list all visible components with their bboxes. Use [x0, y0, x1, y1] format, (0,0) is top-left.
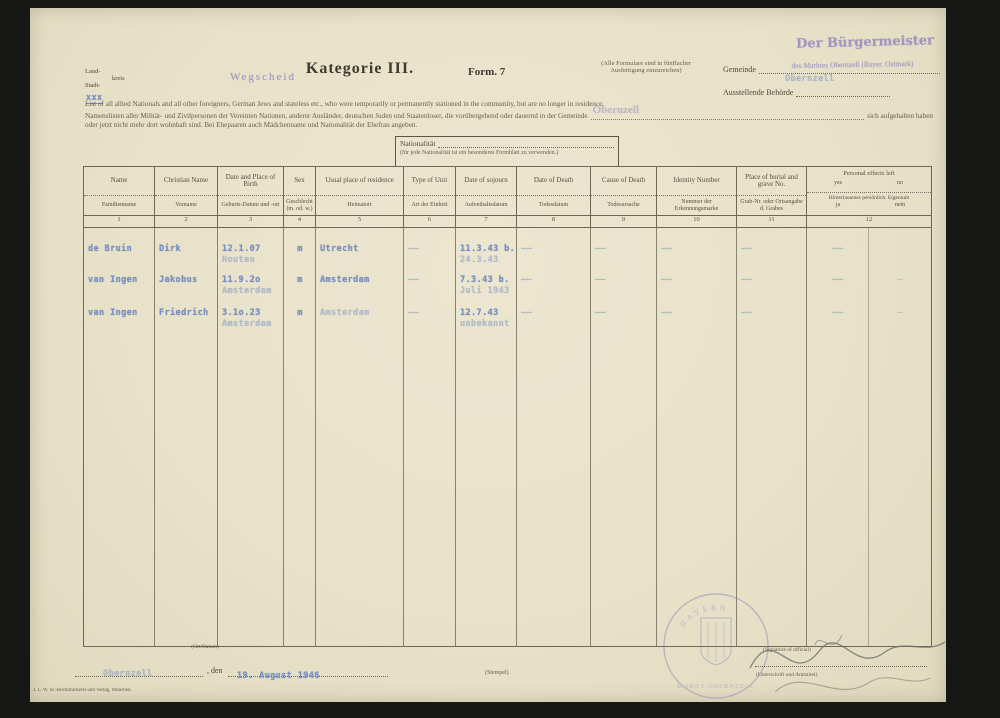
intro-gemeinde-stamp: Obernzell — [593, 104, 639, 116]
copies-note-line2: Ausfertigung einzureichen) — [581, 67, 711, 74]
cell-unit: ―― — [404, 275, 456, 297]
col-sex-de: Geschlecht (m. od. w.) — [284, 196, 315, 215]
cell-residence: Utrecht — [316, 244, 404, 266]
colnum-6: 6 — [404, 216, 456, 227]
cell-sojourn1: 12.7.43 — [460, 308, 499, 318]
table-row: van Ingen Friedrich 3.1o.23Amsterdam m A… — [84, 308, 931, 330]
col-firstname-en: Christian Name — [155, 167, 217, 196]
cell-cause: ―― — [591, 244, 657, 266]
cell-residence: Amsterdam — [316, 275, 404, 297]
intro-english: List of all allied Nationals and all oth… — [85, 100, 933, 108]
cell-burial: ―― — [737, 244, 807, 266]
cell-residence: Amsterdam — [316, 308, 404, 330]
date-typed: 19. August 1946 — [237, 671, 320, 681]
nationality-label: Nationalität — [400, 139, 435, 148]
intro-german-lead: Namenslisten aller Militär- und Zivilper… — [85, 112, 588, 120]
cell-cause: ―― — [591, 308, 657, 330]
table-number-row: 1 2 3 4 5 6 7 8 9 10 11 12 — [84, 215, 931, 227]
col-name-de: Familienname — [84, 196, 154, 215]
col-identity-en: Identity Number — [657, 167, 736, 196]
cell-family: van Ingen — [84, 308, 155, 330]
col-cause-de: Todesursache — [591, 196, 656, 215]
intro-german-tail: sich aufgehalten haben — [867, 112, 933, 120]
cell-unit: ―― — [404, 308, 456, 330]
cell-effects-yes: ―― — [807, 308, 869, 330]
ort-datum-label: (Ort/Datum) — [160, 644, 250, 651]
cell-first: Friedrich — [155, 308, 218, 330]
table-header-row: NameFamilienname Christian NameVorname D… — [84, 167, 931, 215]
col-name-en: Name — [84, 167, 154, 196]
form-number: Form. 7 — [468, 66, 505, 78]
colnum-4: 4 — [284, 216, 316, 227]
colnum-11: 11 — [737, 216, 807, 227]
col-birth-de: Geburts-Datum und -ort — [218, 196, 283, 215]
cell-sex: m — [284, 275, 316, 297]
cell-birth-date: 11.9.2o — [222, 275, 261, 285]
col-cause-en: Cause of Death — [591, 167, 656, 196]
mayor-stamp-line1: Der Bürgermeister — [765, 32, 965, 52]
cell-effects-no: – — [869, 275, 931, 297]
printer-imprint: J. L. W. St.-Buchdruckerei und Verlag, M… — [33, 687, 132, 694]
cell-identity: ―― — [657, 275, 737, 297]
col-death-en: Date of Death — [517, 167, 590, 196]
cell-burial: ―― — [737, 275, 807, 297]
col-unit-de: Art der Einheit — [404, 196, 455, 215]
behoerde-blank-line — [796, 87, 890, 97]
col-burial-de: Grab-Nr. oder Ortsangabe d. Grabes — [737, 196, 806, 215]
cell-first: Dirk — [155, 244, 218, 266]
colnum-1: 1 — [84, 216, 155, 227]
cell-sojourn1: 7.3.43 b. — [460, 275, 510, 285]
cell-sex: m — [284, 244, 316, 266]
cell-birth-place: Amsterdam — [222, 286, 284, 297]
cell-cause: ―― — [591, 275, 657, 297]
cell-birth-place: Amsterdam — [222, 319, 284, 330]
col-identity-de: Nummer der Erkennungsmarke — [657, 196, 736, 215]
col-burial-en: Place of burial and grave No. — [737, 167, 806, 196]
place-typed: Obernzell — [103, 669, 153, 679]
cell-identity: ―― — [657, 244, 737, 266]
cell-family: de Bruin — [84, 244, 155, 266]
col-sex-en: Sex — [284, 167, 315, 196]
cell-birth-place: Houten — [222, 255, 284, 266]
cell-first: Jakobus — [155, 275, 218, 297]
kreis-label: kreis — [112, 75, 125, 82]
cell-death: ―― — [517, 244, 591, 266]
stadt-label: Stadt- — [85, 82, 101, 89]
col-effects-en: Personal effects left — [807, 167, 931, 180]
table-row: van Ingen Jakobus 11.9.2oAmsterdam m Ams… — [84, 275, 931, 297]
colnum-2: 2 — [155, 216, 218, 227]
behoerde-label: Ausstellende Behörde — [723, 88, 793, 97]
col-death-de: Todesdatum — [517, 196, 590, 215]
cell-burial: ―― — [737, 308, 807, 330]
intro-german-line2: oder jetzt nicht mehr dort wohnhaft sind… — [85, 121, 933, 129]
cell-birth-date: 12.1.07 — [222, 244, 261, 254]
cell-sex: m — [284, 308, 316, 330]
cell-effects-yes: ―― — [807, 275, 869, 297]
cell-effects-no — [869, 244, 931, 266]
col-effects-de: Hinterlassenes persönlich. Eigentum — [807, 193, 931, 202]
colnum-9: 9 — [591, 216, 657, 227]
cell-identity: ―― — [657, 308, 737, 330]
colnum-10: 10 — [657, 216, 737, 227]
col-effects: Personal effects left yesno Hinterlassen… — [807, 167, 931, 215]
cell-death: ―― — [517, 308, 591, 330]
col-residence-de: Heimatort — [316, 196, 403, 215]
copies-note-line1: (Alle Formulare sind in fünffacher — [581, 60, 711, 67]
colnum-12: 12 — [807, 216, 931, 227]
nationality-note: (für jede Nationalität ist ein besondere… — [400, 150, 614, 157]
col-sojourn-de: Aufenthaltsdatum — [456, 196, 516, 215]
colnum-5: 5 — [316, 216, 404, 227]
cell-death: ―― — [517, 275, 591, 297]
col-unit-en: Type of Unit — [404, 167, 455, 196]
persons-table: NameFamilienname Christian NameVorname D… — [83, 166, 932, 647]
colnum-3: 3 — [218, 216, 284, 227]
col-effects-ja: ja — [807, 202, 869, 210]
cell-effects-yes: ―― — [807, 244, 869, 266]
table-body: de Bruin Dirk 12.1.07Houten m Utrecht ――… — [84, 227, 931, 646]
cell-effects-no: – — [869, 308, 931, 330]
col-firstname-de: Vorname — [155, 196, 217, 215]
table-row: de Bruin Dirk 12.1.07Houten m Utrecht ――… — [84, 244, 931, 266]
colnum-7: 7 — [456, 216, 517, 227]
land-label: Land- — [85, 68, 101, 75]
col-sojourn-en: Date of sojourn — [456, 167, 516, 196]
scanned-document-photo: Land- kreis Stadt- xxx Wegscheid Kategor… — [0, 0, 1000, 718]
nationality-blank-line — [438, 139, 614, 148]
den-label: , den — [207, 666, 223, 675]
col-effects-yes: yes — [807, 180, 869, 192]
cell-sojourn2: unbekannt — [460, 319, 517, 330]
cell-sojourn2: Juli 1943 — [460, 286, 517, 297]
colnum-8: 8 — [517, 216, 591, 227]
col-birth-en: Date and Place of Birth — [218, 167, 283, 196]
cell-family: van Ingen — [84, 275, 155, 297]
handwritten-signature — [720, 600, 960, 710]
col-residence-en: Usual place of residence — [316, 167, 403, 196]
gemeinde-typed-value: Obernzell — [785, 74, 835, 84]
form-paper: Land- kreis Stadt- xxx Wegscheid Kategor… — [30, 8, 946, 702]
form-title: Kategorie III. — [280, 60, 440, 78]
gemeinde-blank-inline: Obernzell — [591, 111, 865, 120]
stempel-label: (Stempel) — [485, 670, 509, 677]
cell-sojourn2: 24.3.43 — [460, 255, 517, 266]
cell-sojourn1: 11.3.43 b. — [460, 244, 515, 254]
cell-unit: ―― — [404, 244, 456, 266]
cell-birth-date: 3.1o.23 — [222, 308, 261, 318]
col-effects-no: no — [869, 180, 931, 192]
col-effects-nein: nein — [869, 202, 931, 210]
